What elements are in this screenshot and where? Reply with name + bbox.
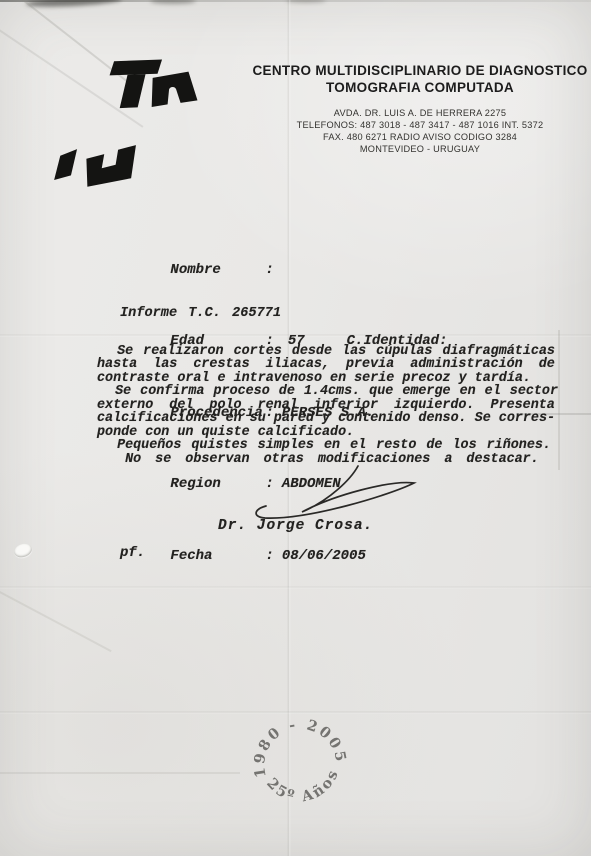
patient-field-fecha: Fecha:08/06/2005 — [120, 535, 447, 578]
typist-initials: pf. — [120, 545, 145, 561]
report-body-line: calcificaciones en su pared y contenido … — [97, 412, 563, 425]
svg-text:25º Años: 25º Años — [262, 763, 348, 812]
patient-field-nombre: Nombre: — [120, 249, 447, 292]
scanned-report-page: CENTRO MULTIDISCIPLINARIO DE DIAGNOSTICO… — [0, 0, 591, 856]
paper-blemish — [12, 542, 33, 560]
letterhead: CENTRO MULTIDISCIPLINARIO DE DIAGNOSTICO… — [245, 62, 591, 155]
scan-smudge — [286, 0, 326, 3]
report-body-line: hasta las crestas iliacas, previa admini… — [97, 358, 563, 371]
org-title-line1: CENTRO MULTIDISCIPLINARIO DE DIAGNOSTICO — [245, 62, 591, 79]
org-title-line2: TOMOGRAFIA COMPUTADA — [245, 79, 591, 96]
scan-smudge — [26, 0, 122, 9]
field-label: Nombre — [170, 263, 265, 277]
report-reference: Informe T.C. 265771 — [120, 306, 281, 321]
org-phones: TELEFONOS: 487 3018 - 487 3417 - 487 101… — [245, 119, 591, 131]
field-value: 08/06/2005 — [282, 548, 366, 564]
report-body-line: Pequeños quistes simples en el resto de … — [97, 439, 563, 452]
report-body-line: ponde con un quiste calcificado. — [97, 426, 563, 439]
org-fax: FAX. 480 6271 RADIO AVISO CODIGO 3284 — [245, 131, 591, 143]
report-body-line: Se confirma proceso de 1.4cms. que emerg… — [97, 385, 563, 398]
doctor-name: Dr. Jorge Crosa. — [218, 518, 373, 534]
report-body-line: externo del polo renal inferior izquierd… — [97, 399, 563, 412]
stamp-years-text: 1980 - 2005 — [243, 708, 349, 779]
org-city: MONTEVIDEO - URUGUAY — [245, 143, 591, 155]
org-address: AVDA. DR. LUIS A. DE HERRERA 2275 — [245, 107, 591, 119]
report-body-line: contraste oral e intravenoso en serie pr… — [97, 372, 563, 385]
stamp-anniversary-text: 25º Años — [262, 763, 348, 812]
report-body: Se realizaron cortes desde las cúpulas d… — [97, 345, 563, 466]
clinic-logo-tc-monogram — [42, 52, 202, 212]
field-label: Fecha — [170, 549, 265, 563]
anniversary-stamp: 1980 - 2005 25º Años — [230, 693, 369, 832]
svg-text:1980 - 2005: 1980 - 2005 — [243, 708, 349, 779]
report-body-line: Se realizaron cortes desde las cúpulas d… — [97, 345, 563, 358]
paper-crease — [0, 772, 240, 774]
scan-smudge — [150, 0, 196, 4]
paper-wrinkle — [0, 580, 112, 652]
